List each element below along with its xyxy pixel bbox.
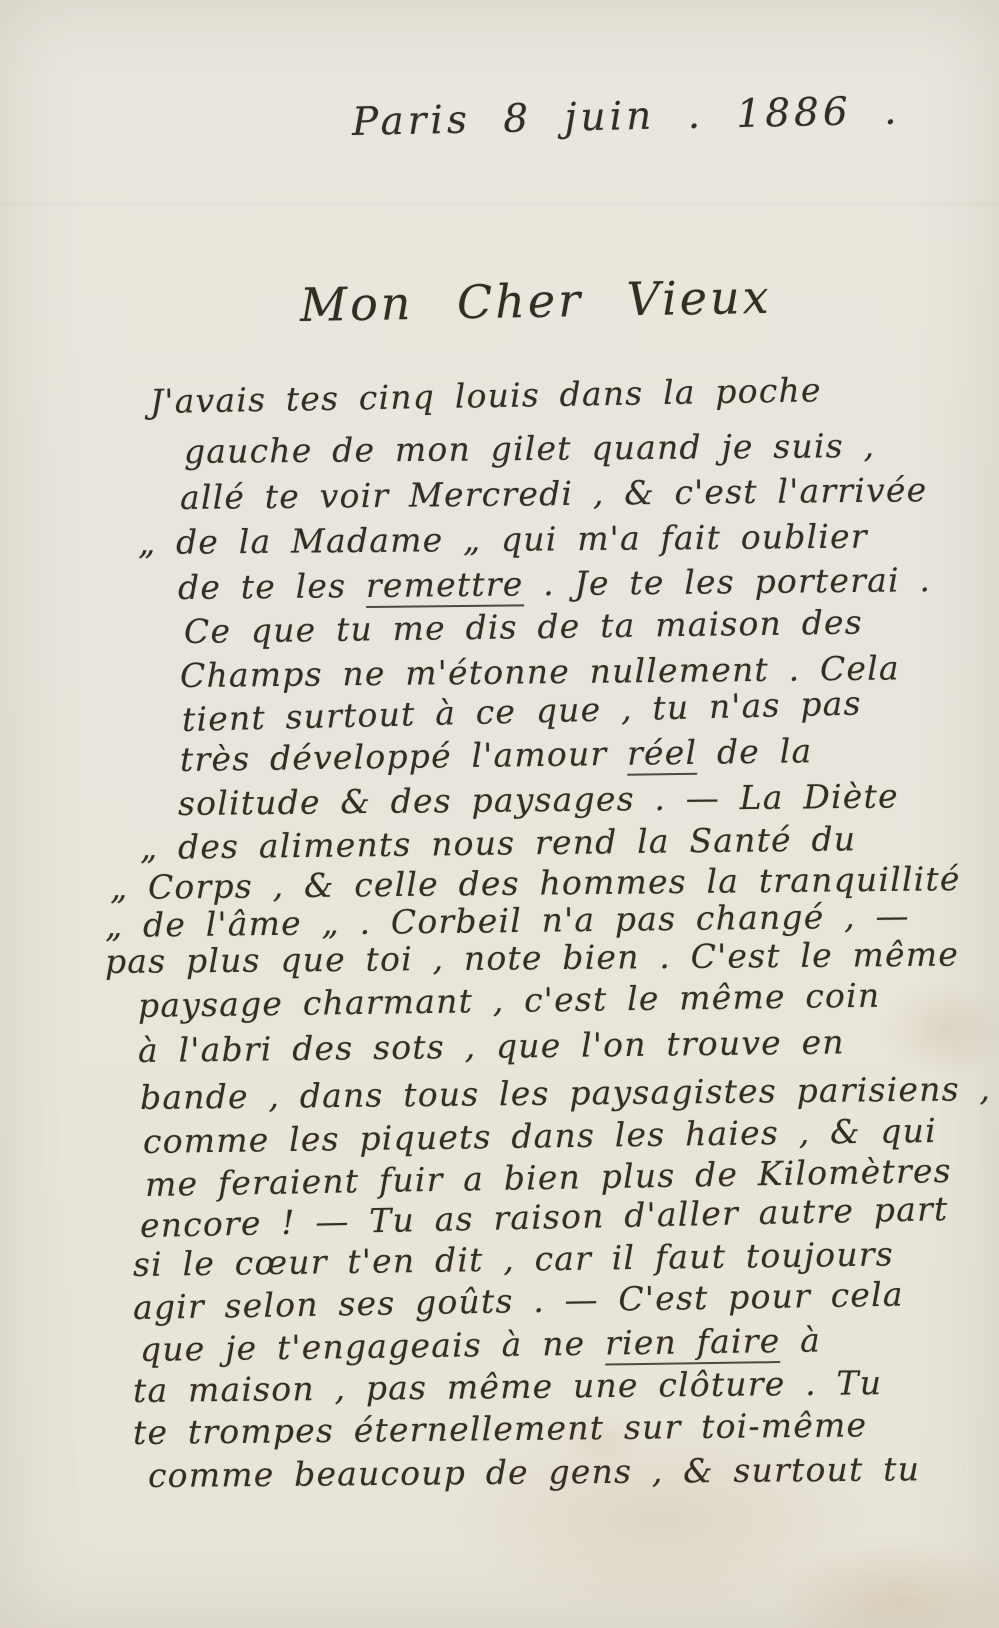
- manuscript-line: de te les remettre . Je te les porterai …: [178, 560, 932, 607]
- letter-page: { "paper": { "background_color": "#e9e6d…: [0, 0, 999, 1628]
- manuscript-line: allé te voir Mercredi , & c'est l'arrivé…: [180, 470, 928, 517]
- underlined-phrase: rien faire: [605, 1321, 781, 1365]
- manuscript-line: pas plus que toi , note bien . C'est le …: [105, 935, 959, 981]
- underlined-phrase: remettre: [366, 564, 524, 608]
- letter-salutation: Mon Cher Vieux: [300, 270, 772, 332]
- manuscript-line: comme beaucoup de gens , & surtout tu: [148, 1449, 920, 1495]
- manuscript-line: te trompes éternellement sur toi-même: [133, 1405, 868, 1452]
- manuscript-line: „ de la Madame „ qui m'a fait oublier: [138, 517, 868, 562]
- underlined-phrase: réel: [627, 733, 698, 776]
- manuscript-line: que je t'engageais à ne rien faire à: [140, 1320, 822, 1369]
- manuscript-line: ta maison , pas même une clôture . Tu: [133, 1363, 883, 1410]
- manuscript-line: solitude & des paysages . — La Diète: [178, 776, 899, 823]
- manuscript-line: gauche de mon gilet quand je suis ,: [184, 426, 876, 471]
